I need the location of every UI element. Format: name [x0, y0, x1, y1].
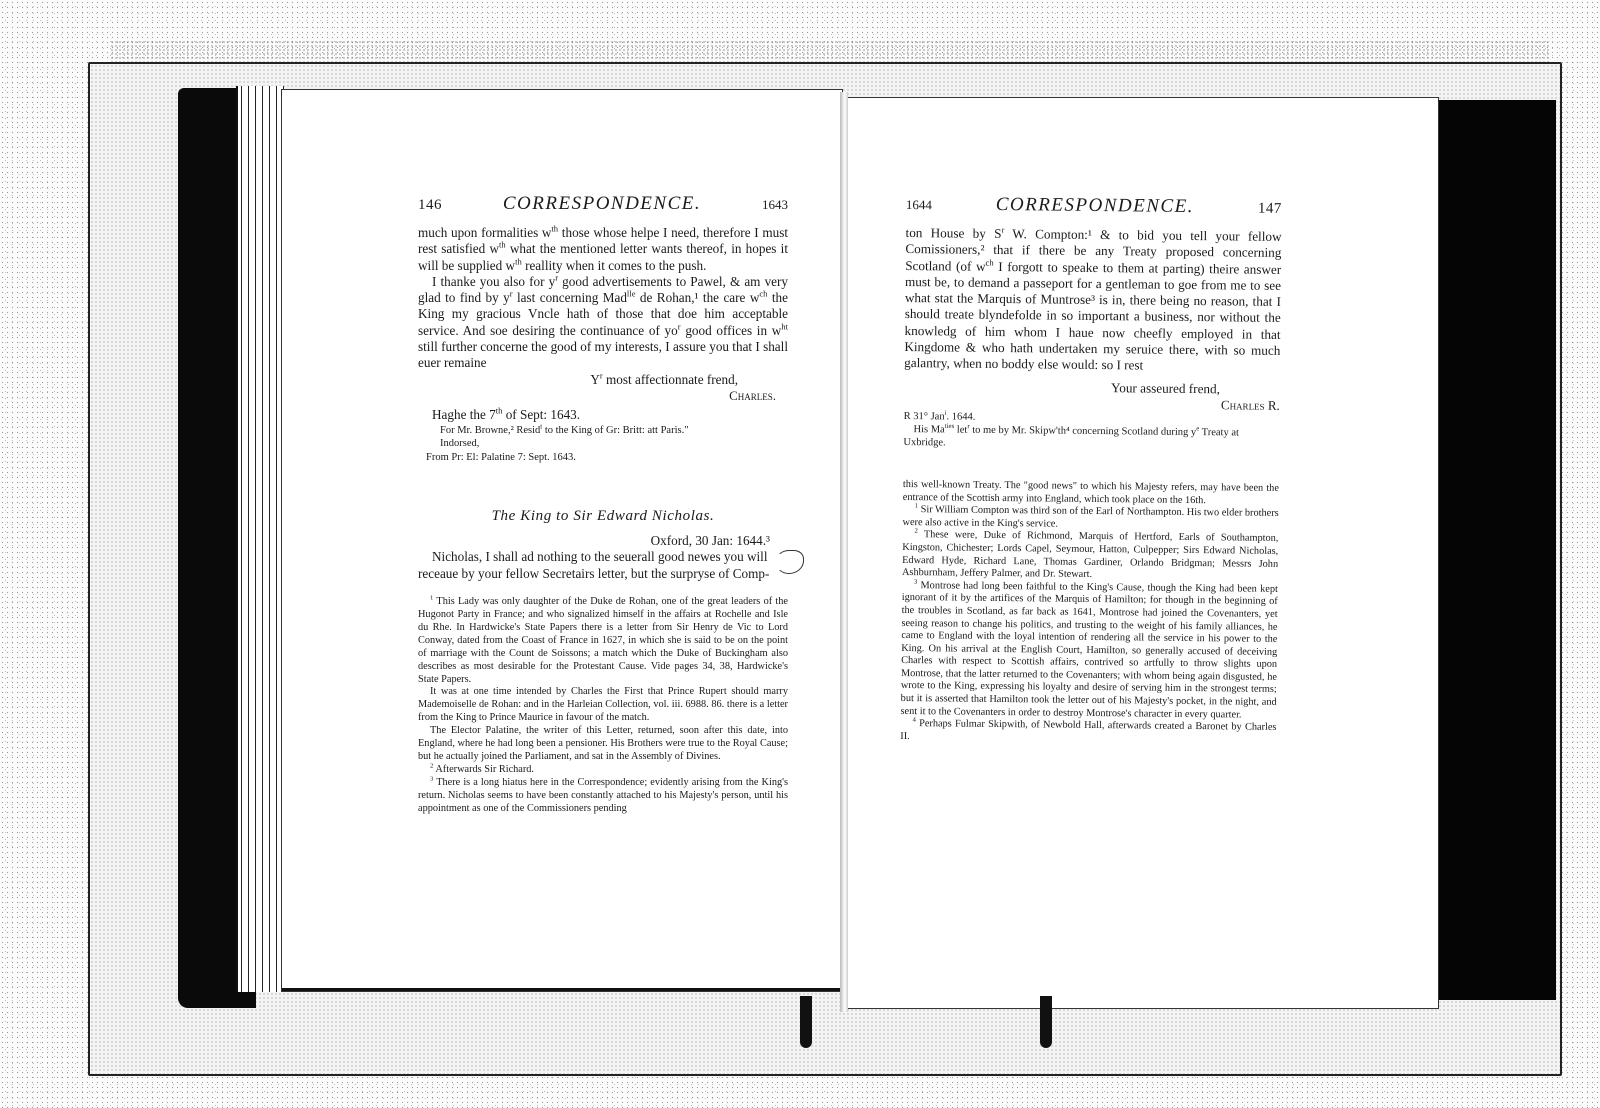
footnotes: this well-known Treaty. The "good news" … — [900, 479, 1279, 747]
endorsement-block: R 31° Jani. 1644. His Maties letr to me … — [903, 410, 1279, 453]
indorsement: From Pr: El: Palatine 7: Sept. 1643. — [418, 451, 788, 464]
left-page-content: 146 CORRESPONDENCE. 1643 much upon forma… — [418, 193, 788, 815]
page-number: 147 — [1258, 201, 1282, 218]
closing: Yr most affectionnate frend, — [418, 372, 788, 388]
footnote-marker: 3 — [430, 775, 433, 782]
footnote-marker: 1 — [915, 503, 918, 510]
paragraph: ton House by Sr W. Compton:¹ & to bid yo… — [904, 225, 1282, 376]
footnote: It was at one time intended by Charles t… — [418, 686, 788, 725]
right-page-content: 1644 CORRESPONDENCE. 147 ton House by Sr… — [900, 193, 1282, 747]
footnote-marker: 2 — [430, 762, 433, 769]
address-line: For Mr. Browne,² Residt to the King of G… — [418, 424, 788, 437]
footnote: 2 Afterwards Sir Richard. — [418, 764, 788, 777]
paragraph: I thanke you also for yr good advertisem… — [418, 274, 788, 372]
running-head: 1644 CORRESPONDENCE. 147 — [906, 193, 1282, 219]
footnote-marker: 3 — [914, 578, 917, 585]
letter-opening: Nicholas, I shall ad nothing to the seue… — [418, 549, 788, 582]
running-title: CORRESPONDENCE. — [996, 194, 1194, 218]
running-title: CORRESPONDENCE. — [503, 193, 701, 215]
running-head: 146 CORRESPONDENCE. 1643 — [418, 193, 788, 215]
letter-line: Nicholas, I shall ad nothing to the seue… — [418, 549, 788, 565]
bookmark-ribbon-2 — [1040, 996, 1052, 1048]
footnote: 3 Montrose had long been faithful to the… — [900, 580, 1277, 722]
footnote: The Elector Palatine, the writer of this… — [418, 725, 788, 764]
endorsement: His Maties letr to me by Mr. Skipw'th⁴ c… — [903, 423, 1279, 453]
paragraph: much upon formalities wth those whose he… — [418, 225, 788, 274]
footnotes: 1 This Lady was only daughter of the Duk… — [418, 596, 788, 815]
dateline: Haghe the 7th of Sept: 1643. — [418, 406, 788, 424]
book-gutter — [840, 92, 848, 1012]
left-page-edges — [236, 86, 284, 992]
footnote: 3 There is a long hiatus here in the Cor… — [418, 777, 788, 816]
bookmark-ribbon — [800, 996, 812, 1048]
letter-body: much upon formalities wth those whose he… — [418, 225, 788, 372]
footnote: 4 Perhaps Fulmar Skipwith, of Newbold Ha… — [900, 718, 1276, 747]
signature: Charles. — [418, 388, 788, 404]
footnote: 2 These were, Duke of Richmond, Marquis … — [902, 529, 1279, 583]
footnote: 1 This Lady was only daughter of the Duk… — [418, 596, 788, 686]
page-number: 146 — [418, 197, 442, 214]
letter-heading: The King to Sir Edward Nicholas. — [418, 508, 788, 525]
right-binding-shadow — [1436, 100, 1556, 1000]
indorsed-label: Indorsed, — [418, 437, 788, 450]
running-year: 1643 — [762, 197, 788, 213]
footnote-marker: 2 — [914, 528, 917, 535]
footnote-marker: 1 — [430, 595, 433, 602]
footnote-marker: 4 — [912, 717, 915, 724]
letter-body: ton House by Sr W. Compton:¹ & to bid yo… — [904, 225, 1282, 376]
letter-line: receaue by your fellow Secretairs letter… — [418, 566, 788, 582]
place-date: Oxford, 30 Jan: 1644.³ — [418, 533, 788, 549]
running-year: 1644 — [906, 197, 932, 213]
